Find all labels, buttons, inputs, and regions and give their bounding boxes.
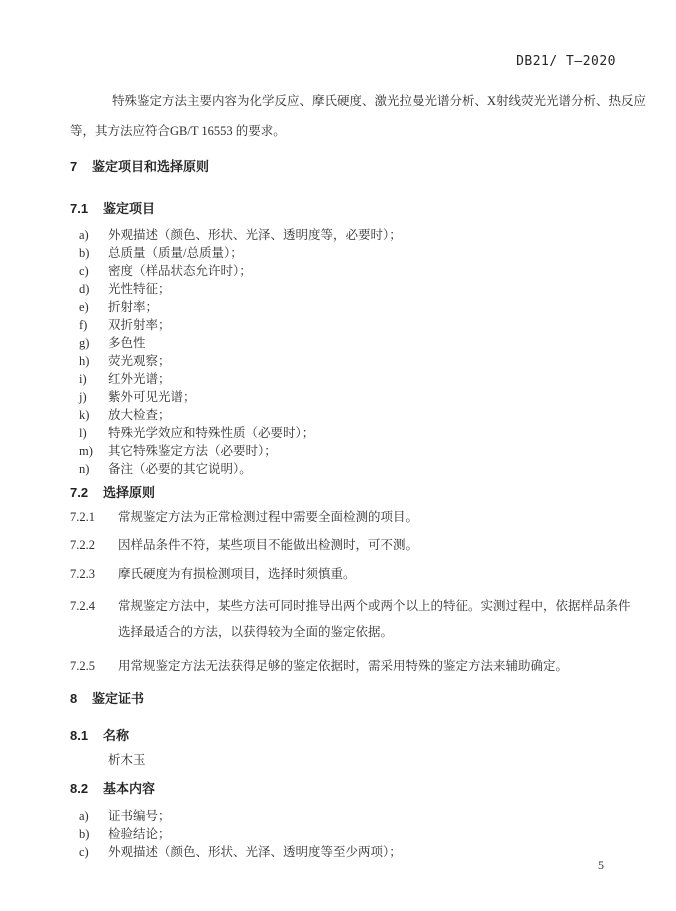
list-item: f) 双折射率； (70, 316, 618, 334)
intro-line-2: 等，其方法应符合GB/T 16553 的要求。 (70, 116, 618, 146)
clause-number: 7.2.2 (70, 536, 118, 554)
clause-number: 7.2.4 (70, 593, 118, 645)
section-7-1-title: 鉴定项目 (103, 200, 155, 218)
intro-line-1: 特殊鉴定方法主要内容为化学反应、摩氏硬度、激光拉曼光谱分析、X射线荧光光谱分析、… (70, 86, 618, 116)
section-7-2-number: 7.2 (70, 484, 103, 502)
doc-code-header: DB21/ T—2020 (516, 54, 616, 69)
list-item: m) 其它特殊鉴定方法（必要时）； (70, 442, 618, 460)
list-item-label: a) (70, 807, 108, 825)
clause-line: 常规鉴定方法为正常检测过程中需要全面检测的项目。 (118, 510, 418, 524)
list-item-text: 其它特殊鉴定方法（必要时）； (108, 442, 618, 460)
page-number: 5 (598, 858, 604, 873)
section-8-1-title: 名称 (103, 727, 129, 745)
list-item: c) 密度（样品状态允许时）； (70, 262, 618, 280)
clause-line: 常规鉴定方法中，某些方法可同时推导出两个或两个以上的特征。实测过程中，依据样品条… (118, 593, 631, 619)
list-item-label: b) (70, 825, 108, 843)
name-value: 析木玉 (70, 751, 618, 769)
list-item-label: h) (70, 352, 108, 370)
section-7-title: 鉴定项目和选择原则 (92, 158, 209, 176)
clause-line: 摩氏硬度为有损检测项目，选择时须慎重。 (118, 567, 356, 581)
clause-7-2-2: 7.2.2 因样品条件不符，某些项目不能做出检测时，可不测。 (70, 536, 618, 554)
list-item: j) 紫外可见光谱； (70, 388, 618, 406)
list-item: l) 特殊光学效应和特殊性质（必要时）； (70, 424, 618, 442)
list-item: a) 外观描述（颜色、形状、光泽、透明度等，必要时）； (70, 226, 618, 244)
list-item-text: 红外光谱； (108, 370, 618, 388)
section-8-2-heading: 8.2 基本内容 (70, 780, 618, 798)
clause-text: 因样品条件不符，某些项目不能做出检测时，可不测。 (118, 536, 618, 554)
list-item-label: m) (70, 442, 108, 460)
section-7-2-title: 选择原则 (103, 484, 155, 502)
list-item-label: b) (70, 244, 108, 262)
list-item-label: c) (70, 262, 108, 280)
list-item-label: k) (70, 406, 108, 424)
list-item-text: 备注（必要的其它说明）。 (108, 460, 618, 478)
section-8-title: 鉴定证书 (92, 690, 144, 708)
list-item-label: d) (70, 280, 108, 298)
section-7-1-heading: 7.1 鉴定项目 (70, 200, 618, 218)
identification-items-list: a) 外观描述（颜色、形状、光泽、透明度等，必要时）； b) 总质量（质量/总质… (70, 226, 618, 478)
list-item: g) 多色性 (70, 334, 618, 352)
list-item: b) 检验结论； (70, 825, 618, 843)
list-item: b) 总质量（质量/总质量）； (70, 244, 618, 262)
document-page: DB21/ T—2020 特殊鉴定方法主要内容为化学反应、摩氏硬度、激光拉曼光谱… (0, 0, 676, 911)
clause-line: 用常规鉴定方法无法获得足够的鉴定依据时，需采用特殊的鉴定方法来辅助确定。 (118, 659, 568, 673)
clause-line: 因样品条件不符，某些项目不能做出检测时，可不测。 (118, 538, 418, 552)
clause-number: 7.2.1 (70, 508, 118, 526)
list-item: n) 备注（必要的其它说明）。 (70, 460, 618, 478)
list-item: i) 红外光谱； (70, 370, 618, 388)
section-8-2-number: 8.2 (70, 780, 103, 798)
section-8-2-title: 基本内容 (103, 780, 155, 798)
list-item-label: f) (70, 316, 108, 334)
clause-7-2-4: 7.2.4 常规鉴定方法中，某些方法可同时推导出两个或两个以上的特征。实测过程中… (70, 593, 618, 645)
section-8-1-heading: 8.1 名称 (70, 727, 618, 745)
section-7-1-number: 7.1 (70, 200, 103, 218)
certificate-content-list: a) 证书编号； b) 检验结论； c) 外观描述（颜色、形状、光泽、透明度等至… (70, 807, 618, 861)
section-8-number: 8 (70, 690, 92, 708)
clause-text: 摩氏硬度为有损检测项目，选择时须慎重。 (118, 565, 618, 583)
clause-text: 常规鉴定方法中，某些方法可同时推导出两个或两个以上的特征。实测过程中，依据样品条… (118, 593, 631, 645)
section-7-number: 7 (70, 158, 92, 176)
section-8-heading: 8 鉴定证书 (70, 690, 618, 708)
section-8-1-number: 8.1 (70, 727, 103, 745)
list-item-label: e) (70, 298, 108, 316)
list-item-text: 紫外可见光谱； (108, 388, 618, 406)
clause-line: 选择最适合的方法，以获得较为全面的鉴定依据。 (118, 619, 631, 645)
list-item-text: 证书编号； (108, 807, 618, 825)
section-7-heading: 7 鉴定项目和选择原则 (70, 158, 618, 176)
list-item: c) 外观描述（颜色、形状、光泽、透明度等至少两项）； (70, 843, 618, 861)
list-item-text: 放大检查； (108, 406, 618, 424)
list-item-text: 检验结论； (108, 825, 618, 843)
clause-text: 常规鉴定方法为正常检测过程中需要全面检测的项目。 (118, 508, 618, 526)
list-item-label: l) (70, 424, 108, 442)
list-item-label: i) (70, 370, 108, 388)
clause-number: 7.2.3 (70, 565, 118, 583)
list-item-text: 多色性 (108, 334, 618, 352)
list-item-text: 总质量（质量/总质量）； (108, 244, 618, 262)
list-item-text: 外观描述（颜色、形状、光泽、透明度等至少两项）； (108, 843, 618, 861)
document-content: 特殊鉴定方法主要内容为化学反应、摩氏硬度、激光拉曼光谱分析、X射线荧光光谱分析、… (70, 86, 618, 861)
list-item: a) 证书编号； (70, 807, 618, 825)
list-item-label: n) (70, 460, 108, 478)
list-item-label: j) (70, 388, 108, 406)
section-7-2-heading: 7.2 选择原则 (70, 484, 618, 502)
clause-text: 用常规鉴定方法无法获得足够的鉴定依据时，需采用特殊的鉴定方法来辅助确定。 (118, 657, 618, 675)
list-item-text: 荧光观察； (108, 352, 618, 370)
list-item-text: 外观描述（颜色、形状、光泽、透明度等，必要时）； (108, 226, 618, 244)
clause-7-2-1: 7.2.1 常规鉴定方法为正常检测过程中需要全面检测的项目。 (70, 508, 618, 526)
list-item-label: g) (70, 334, 108, 352)
list-item: d) 光性特征； (70, 280, 618, 298)
list-item-text: 特殊光学效应和特殊性质（必要时）； (108, 424, 618, 442)
list-item: e) 折射率； (70, 298, 618, 316)
list-item-text: 光性特征； (108, 280, 618, 298)
list-item-text: 双折射率； (108, 316, 618, 334)
list-item: k) 放大检查； (70, 406, 618, 424)
intro-paragraph: 特殊鉴定方法主要内容为化学反应、摩氏硬度、激光拉曼光谱分析、X射线荧光光谱分析、… (70, 86, 618, 146)
list-item-text: 密度（样品状态允许时）； (108, 262, 618, 280)
list-item-label: a) (70, 226, 108, 244)
list-item-text: 折射率； (108, 298, 618, 316)
clause-number: 7.2.5 (70, 657, 118, 675)
clause-7-2-5: 7.2.5 用常规鉴定方法无法获得足够的鉴定依据时，需采用特殊的鉴定方法来辅助确… (70, 657, 618, 675)
list-item-label: c) (70, 843, 108, 861)
list-item: h) 荧光观察； (70, 352, 618, 370)
clause-7-2-3: 7.2.3 摩氏硬度为有损检测项目，选择时须慎重。 (70, 565, 618, 583)
